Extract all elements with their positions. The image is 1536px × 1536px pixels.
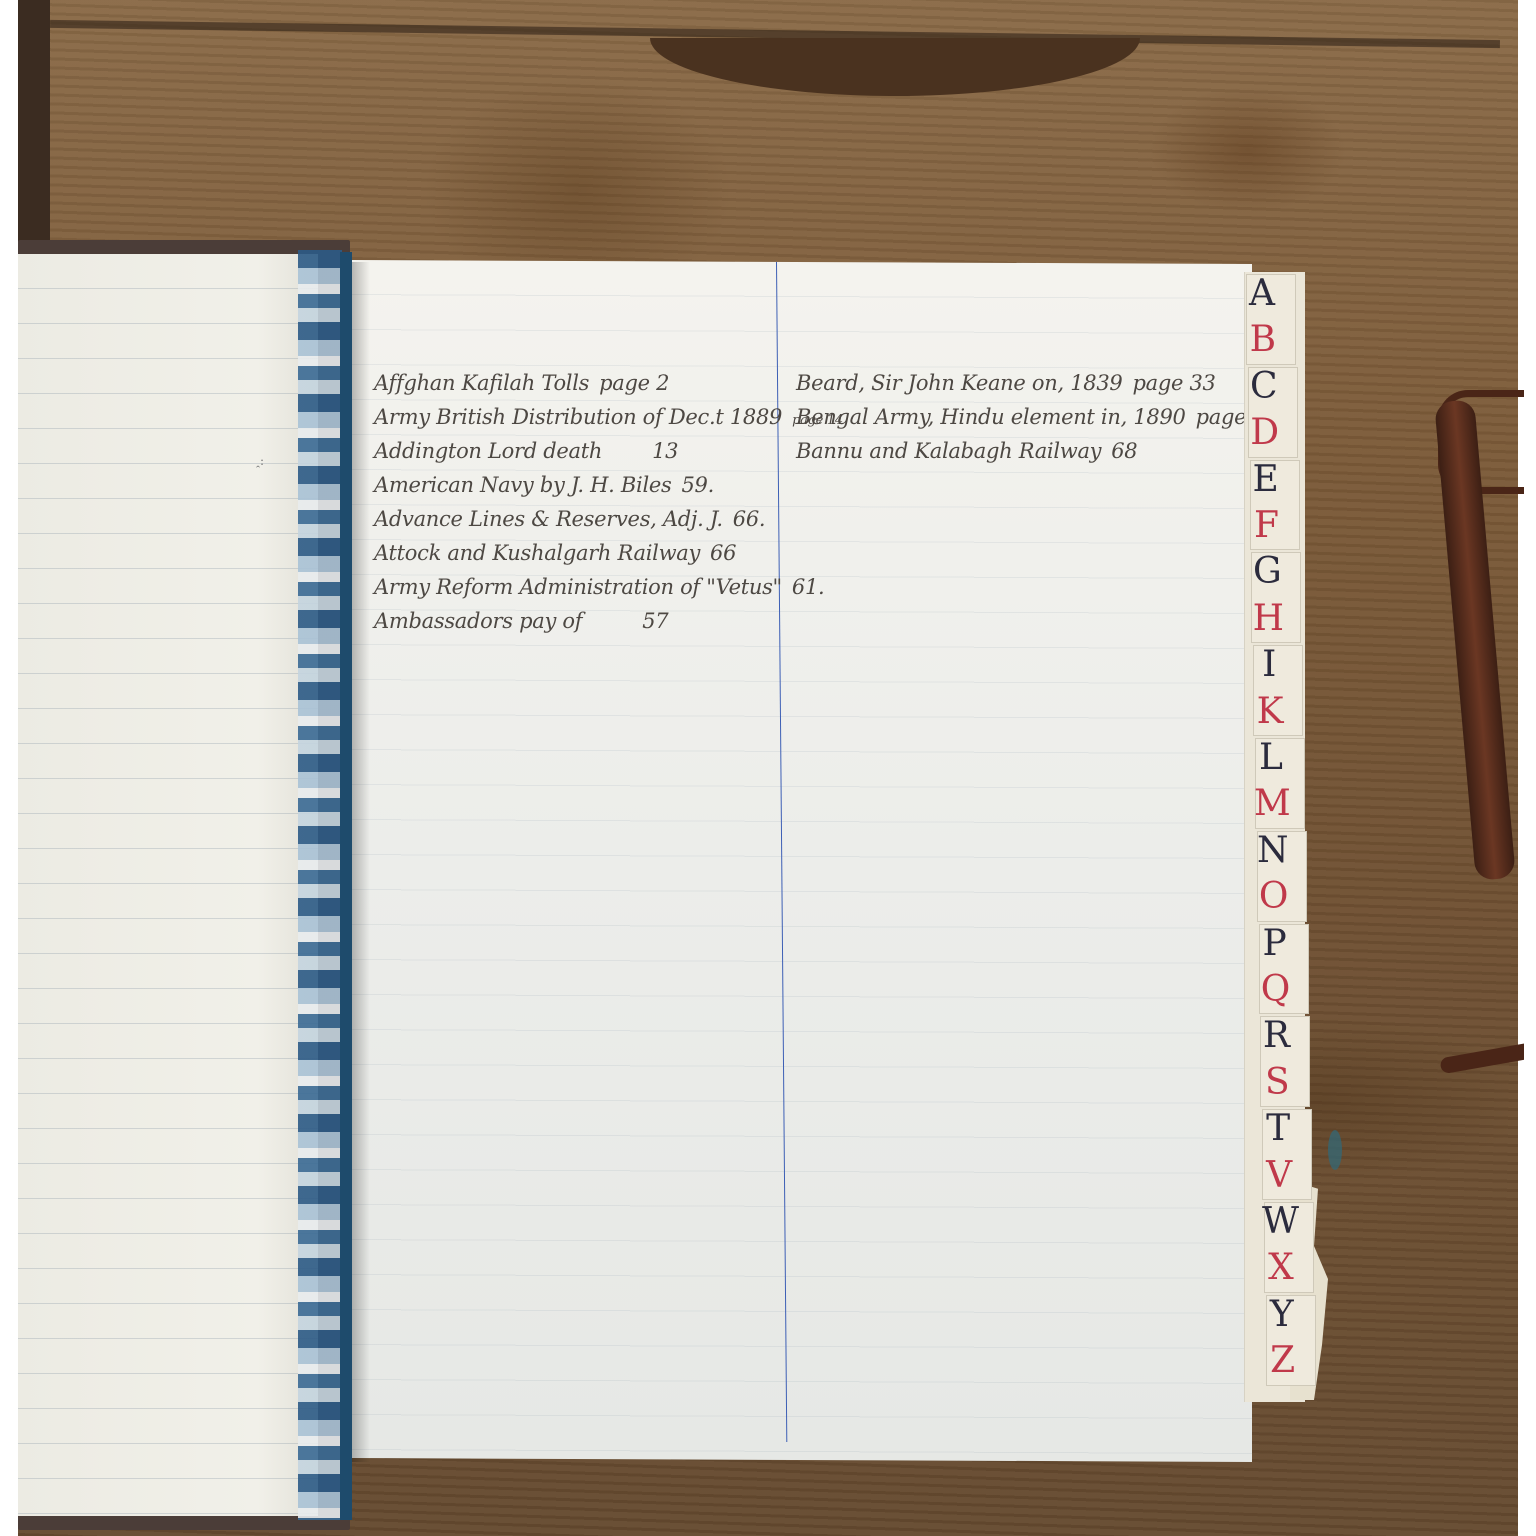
index-tab-c[interactable]: C bbox=[1246, 367, 1282, 407]
image-border-left bbox=[0, 0, 18, 1536]
index-entry: Bannu and Kalabagh Railway68 bbox=[796, 434, 1279, 468]
index-tab-p[interactable]: P bbox=[1257, 924, 1293, 964]
index-tab-l[interactable]: L bbox=[1253, 738, 1289, 778]
entry-text: Affghan Kafilah Tolls bbox=[374, 371, 589, 395]
index-entry: Attock and Kushalgarh Railway66 bbox=[374, 536, 843, 570]
index-tab-g[interactable]: G bbox=[1249, 552, 1285, 592]
entry-text: Bannu and Kalabagh Railway bbox=[796, 439, 1101, 463]
entry-text: Army Reform Administration of "Vetus" bbox=[374, 575, 782, 599]
index-entry: Addington Lord death13 bbox=[374, 434, 843, 468]
index-column-a: Affghan Kafilah Tollspage 2 Army British… bbox=[374, 366, 843, 638]
index-entry: American Navy by J. H. Biles59. bbox=[374, 468, 843, 502]
index-entry: Ambassadors pay of57 bbox=[374, 604, 843, 638]
spine-cloth bbox=[340, 252, 352, 1520]
image-border-right bbox=[1524, 0, 1536, 1536]
entry-page: 66 bbox=[710, 541, 736, 565]
index-tab-v[interactable]: V bbox=[1261, 1156, 1297, 1196]
entry-text: American Navy by J. H. Biles bbox=[374, 473, 672, 497]
index-tab-s[interactable]: S bbox=[1259, 1063, 1295, 1103]
gutter-shadow bbox=[352, 262, 370, 1462]
index-tab-m[interactable]: M bbox=[1254, 784, 1290, 824]
index-tab-e[interactable]: E bbox=[1248, 460, 1284, 500]
marbled-spine bbox=[298, 250, 342, 1520]
entry-page: 59. bbox=[682, 473, 715, 497]
entry-page: 66. bbox=[733, 507, 766, 531]
index-tab-x[interactable]: X bbox=[1263, 1248, 1299, 1288]
entry-page: 57 bbox=[642, 609, 668, 633]
index-tab-f[interactable]: F bbox=[1249, 506, 1285, 546]
index-tab-d[interactable]: D bbox=[1247, 413, 1283, 453]
index-tab-t[interactable]: T bbox=[1260, 1109, 1296, 1149]
entry-page: page 33 bbox=[1132, 371, 1215, 395]
left-page: ꞈ: bbox=[18, 254, 318, 1516]
index-tab-n[interactable]: N bbox=[1255, 831, 1291, 871]
entry-text: Advance Lines & Reserves, Adj. J. bbox=[374, 507, 723, 531]
entry-text: Bengal Army, Hindu element in, 1890 bbox=[796, 405, 1186, 429]
index-tab-b[interactable]: B bbox=[1245, 320, 1281, 360]
index-tab-o[interactable]: O bbox=[1256, 877, 1292, 917]
index-entry: Advance Lines & Reserves, Adj. J.66. bbox=[374, 502, 843, 536]
entry-text: Addington Lord death bbox=[374, 439, 602, 463]
index-column-b: Beard, Sir John Keane on, 1839page 33 Be… bbox=[796, 366, 1279, 468]
index-tab-w[interactable]: W bbox=[1262, 1202, 1298, 1242]
index-entry: Beard, Sir John Keane on, 1839page 33 bbox=[796, 366, 1279, 400]
entry-page: 13 bbox=[652, 439, 678, 463]
entry-text: Army British Distribution of Dec.t 1889 bbox=[374, 405, 782, 429]
table-edge bbox=[18, 0, 50, 260]
index-entry: Affghan Kafilah Tollspage 2 bbox=[374, 366, 843, 400]
index-tab-r[interactable]: R bbox=[1258, 1016, 1294, 1056]
entry-page: 68 bbox=[1111, 439, 1137, 463]
entry-page: page 2 bbox=[599, 371, 669, 395]
entry-text: Attock and Kushalgarh Railway bbox=[374, 541, 700, 565]
index-tab-i[interactable]: I bbox=[1251, 645, 1287, 685]
index-entry: Bengal Army, Hindu element in, 1890page … bbox=[796, 400, 1279, 434]
stray-mark: ꞈ: bbox=[256, 454, 264, 469]
index-entry: Army Reform Administration of "Vetus"61. bbox=[374, 570, 843, 604]
index-tab-y[interactable]: Y bbox=[1264, 1295, 1300, 1335]
index-entry: Army British Distribution of Dec.t 1889p… bbox=[374, 400, 843, 434]
index-tab-q[interactable]: Q bbox=[1258, 970, 1294, 1010]
index-tab-k[interactable]: K bbox=[1252, 692, 1288, 732]
index-tab-a[interactable]: A bbox=[1244, 274, 1280, 314]
entry-text: Ambassadors pay of bbox=[374, 609, 582, 633]
entry-page: 61. bbox=[792, 575, 825, 599]
ink-stain bbox=[1328, 1130, 1342, 1170]
index-tab-z[interactable]: Z bbox=[1265, 1341, 1301, 1381]
index-tab-h[interactable]: H bbox=[1250, 599, 1286, 639]
entry-text: Beard, Sir John Keane on, 1839 bbox=[796, 371, 1122, 395]
